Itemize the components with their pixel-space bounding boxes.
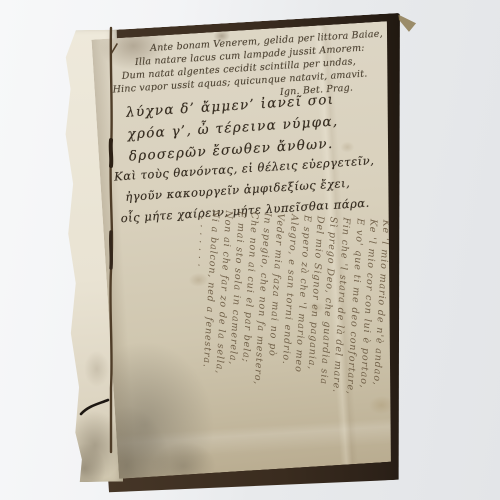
loose-thread <box>78 396 112 422</box>
manuscript-page: Ante bonam Venerem, gelida per littora B… <box>91 21 414 479</box>
cover-corner-fold <box>398 13 416 32</box>
rotated-annotation: Ke 'l mio mario de n'è andao, Ke 'l mio … <box>173 204 401 471</box>
rotated-annotation-lines: Ke 'l mio mario de n'è andao, Ke 'l mio … <box>180 208 392 465</box>
photo-background: Ante bonam Venerem, gelida per littora B… <box>0 0 500 500</box>
